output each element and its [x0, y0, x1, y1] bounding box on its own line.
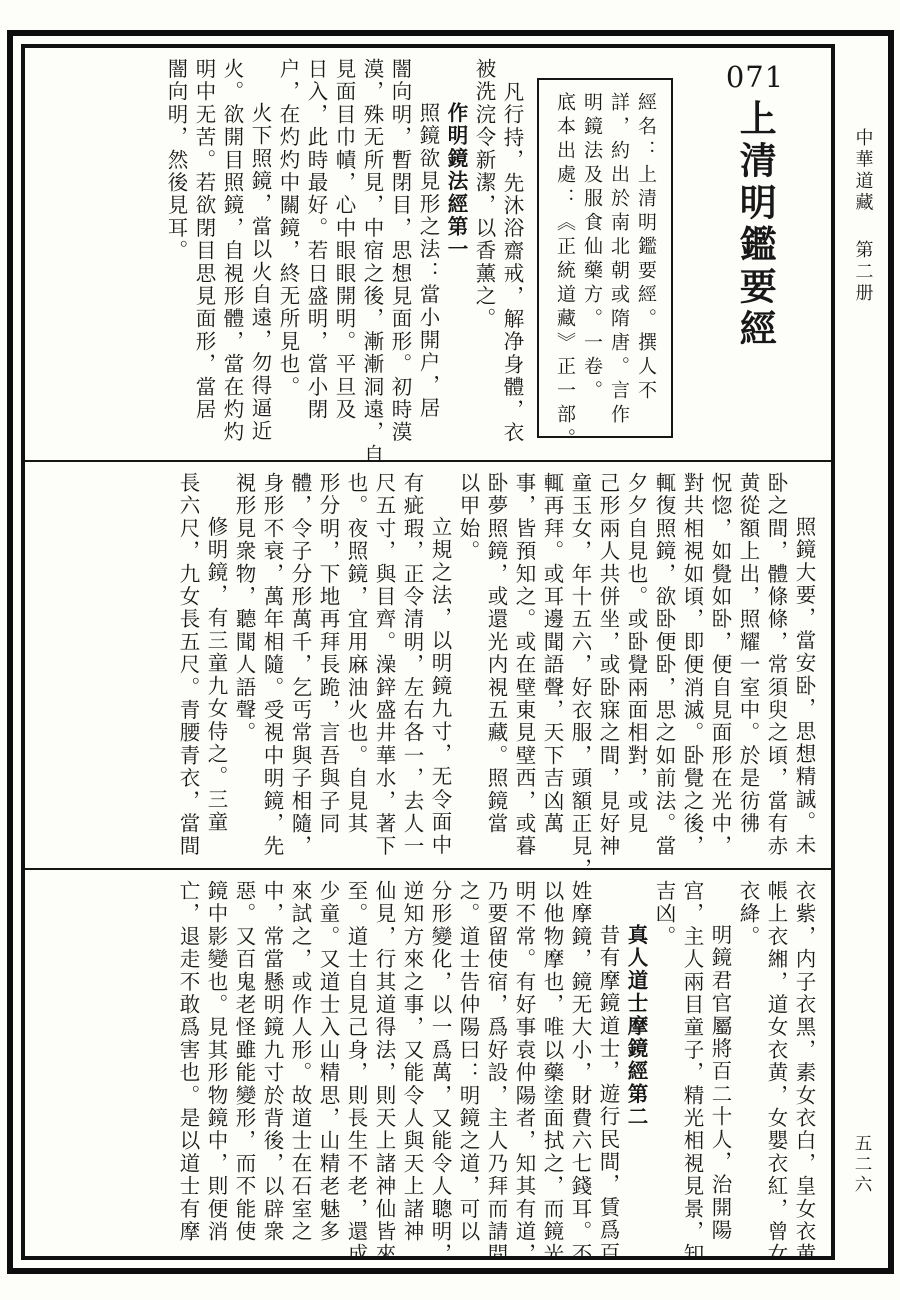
text-column: 有疵瑕，正令清明，左右各一，去人一	[401, 472, 423, 858]
text-column: 闇向明，暫閉目，思想見面形。初時漠	[389, 58, 411, 450]
text-column: 闇向明，然後見耳。	[165, 58, 187, 450]
text-column: 來試之，或作人形。故道士在石室之	[289, 880, 311, 1246]
text-column: 卧夢照鏡，或還光内視五藏。照鏡當	[485, 472, 507, 858]
page-title: 上清明鑑要經	[734, 99, 777, 351]
text-column: 鏡中影變也。見其形物鏡中，則便消	[205, 880, 227, 1246]
section-middle: 照鏡大要，當安卧，思想精誠。未 卧之間，體條條，常須臾之頃，當有赤 黄從額上出，…	[25, 462, 831, 870]
scripture-info-box: 經名：上清明鑑要經。撰人不 詳，約出於南北朝或隋唐。言作 明鏡法及服食仙藥方。一…	[537, 78, 673, 438]
document-number: 071	[726, 60, 784, 94]
section-bottom: 衣紫，内子衣黑，素女衣白，皇女衣黄， 帳上衣緗，道女衣黄，女嬰衣紅，曾女 衣絳。…	[25, 870, 831, 1256]
scripture-page: 071 上清明鑑要經 經名：上清明鑑要經。撰人不 詳，約出於南北朝或隋唐。言作 …	[0, 0, 900, 1300]
text-column: 漠，殊无所見，中宿之後，漸漸洞遠，自	[361, 58, 383, 450]
info-column: 明鏡法及服食仙藥方。一卷。	[581, 92, 602, 424]
text-column: 姓摩鏡，鏡无大小，財費六七錢耳。不	[569, 880, 591, 1246]
text-column: 修明鏡，有三童九女侍之。三童	[205, 472, 227, 858]
text-column: 以甲始。	[457, 472, 479, 858]
text-column: 照鏡欲見形之法：當小開户，居	[417, 58, 439, 450]
text-column: 帳上衣緗，道女衣黄，女嬰衣紅，曾女	[765, 880, 787, 1246]
text-column: 照鏡大要，當安卧，思想精誠。未	[793, 472, 815, 858]
content-frame: 071 上清明鑑要經 經名：上清明鑑要經。撰人不 詳，約出於南北朝或隋唐。言作 …	[21, 44, 835, 1260]
text-column: 卧之間，體條條，常須臾之頃，當有赤	[765, 472, 787, 858]
text-column: 見面目巾幘，心中眼眼開明。平旦及	[333, 58, 355, 450]
page-number: 五二六	[850, 1134, 875, 1196]
info-column: 詳，約出於南北朝或隋唐。言作	[608, 92, 629, 424]
text-column: 昔有摩鏡道士，遊行民間，賃爲百	[597, 880, 619, 1246]
text-column: 輒再拜。或耳邊聞語聲，天下吉凶萬	[541, 472, 563, 858]
text-column: 日入，此時最好。若日盛明，當小閉	[305, 58, 327, 450]
text-column: 凡行持，先沐浴齋戒，解净身體，衣	[501, 58, 523, 450]
text-column: 亡，退走不敢爲害也。是以道士有摩	[177, 880, 199, 1246]
info-column: 經名：上清明鑑要經。撰人不	[635, 92, 656, 424]
text-column: 惡。又百鬼老怪雖能變形，而不能使	[233, 880, 255, 1246]
text-column: 衣紫，内子衣黑，素女衣白，皇女衣黄，	[793, 880, 815, 1246]
text-column: 事，皆預知之。或在壁東見壁西，或暮	[513, 472, 535, 858]
section-heading: 真人道士摩鏡經第二	[625, 880, 647, 1246]
text-column: 身形不衰，萬年相隨。受視中明鏡，先	[261, 472, 283, 858]
text-column: 輒復照鏡，欲卧便卧，思之如前法。當	[653, 472, 675, 858]
text-column: 夕夕自見也。或卧覺兩面相對，或見	[625, 472, 647, 858]
outer-frame: 071 上清明鑑要經 經名：上清明鑑要經。撰人不 詳，約出於南北朝或隋唐。言作 …	[7, 30, 894, 1274]
text-column: 童玉女，年十五六，好衣服，頭額正見，	[569, 472, 591, 858]
text-column: 明中无苦。若欲閉目思見面形，當居	[193, 58, 215, 450]
text-column: 被洗浣令新潔，以香薰之。	[473, 58, 495, 450]
text-column: 對共相視如頃，即便消滅。卧覺之後，	[681, 472, 703, 858]
text-column: 之。道士告仲陽曰：明鏡之道，可以	[457, 880, 479, 1246]
title-column: 071 上清明鑑要經	[689, 58, 821, 450]
text-column: 中，常當懸明鏡九寸於背後，以辟衆	[261, 880, 283, 1246]
text-column: 也。夜照鏡，宜用麻油火也。自見其	[345, 472, 367, 858]
section-top: 071 上清明鑑要經 經名：上清明鑑要經。撰人不 詳，約出於南北朝或隋唐。言作 …	[25, 48, 831, 462]
info-column: 底本出處：《正統道藏》正一部。	[554, 92, 575, 424]
text-column: 仙見，行其道得法，則天上諸神仙皆來	[373, 880, 395, 1246]
text-column: 視形見衆物，聽聞人語聲。	[233, 472, 255, 858]
text-column: 明鏡君官屬將百二十人，治開陽	[709, 880, 731, 1246]
text-column: 吉凶。	[653, 880, 675, 1246]
series-name: 中華道藏	[853, 128, 874, 214]
text-column: 明不常。有好事袁仲陽者，知其有道，	[513, 880, 535, 1246]
text-column: 衣絳。	[737, 880, 759, 1246]
volume-name: 第二册	[853, 240, 874, 305]
text-column: 乃要留使宿，爲好設，主人乃拜而請問	[485, 880, 507, 1246]
text-column: 户，在灼灼中關鏡，終无所見也。	[277, 58, 299, 450]
text-column: 黄從額上出，照耀一室中。於是彷彿	[737, 472, 759, 858]
text-column: 少童。又道士入山精思，山精老魅多	[317, 880, 339, 1246]
text-column: 立規之法，以明鏡九寸，无令面中	[429, 472, 451, 858]
section-heading: 作明鏡法經第一	[445, 58, 467, 450]
series-volume-label: 中華道藏第二册	[850, 128, 876, 305]
text-column: 體，令子分形萬千，乞丐常與子相隨，	[289, 472, 311, 858]
text-column: 長六尺，九女長五尺。青腰青衣，當間	[177, 472, 199, 858]
text-column: 形分明，下地再拜長跪，言吾與子同	[317, 472, 339, 858]
text-column: 宫，主人兩目童子，精光相視見景，知	[681, 880, 703, 1246]
text-column: 尺五寸，與目齊。澡鋅盛井華水，著下	[373, 472, 395, 858]
text-column: 逆知方來之事，又能令人與天上諸神	[401, 880, 423, 1246]
text-column: 火。欲開目照鏡，自視形體，當在灼灼	[221, 58, 243, 450]
text-column: 怳惚，如覺如卧，便自見面形在光中，	[709, 472, 731, 858]
text-column: 以他物摩也，唯以藥塗面拭之，而鏡光	[541, 880, 563, 1246]
text-column: 火下照鏡，當以火自遠，勿得逼近	[249, 58, 271, 450]
right-margin: 中華道藏第二册 五二六	[837, 36, 888, 1268]
text-column: 至。道士自見己身，則長生不老，還成	[345, 880, 367, 1246]
text-column: 分形變化，以一爲萬，又能令人聰明，	[429, 880, 451, 1246]
text-column: 己形兩人共併坐，或卧寐之間，見好神	[597, 472, 619, 858]
